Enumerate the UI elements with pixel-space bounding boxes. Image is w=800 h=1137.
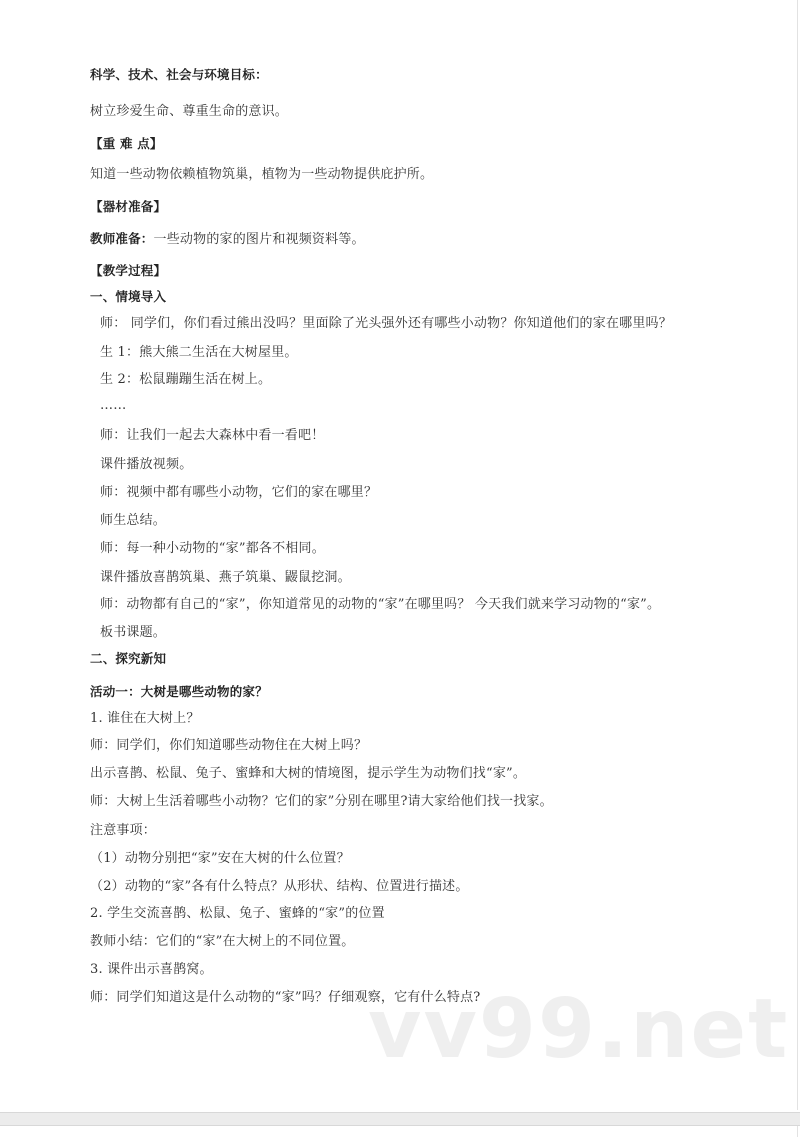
paragraph-line: 课件播放视频。 [100,457,192,473]
line-text: 板书课题。 [100,625,166,640]
next-document-page [0,1126,798,1137]
line-text: 1. 谁住在大树上？ [90,711,200,726]
paragraph-line: 教师准备：一些动物的家的图片和视频资料等。 [90,231,365,248]
line-text: 师：同学们，你们知道哪些动物住在大树上吗？ [90,738,367,753]
line-text: 师：动物都有自己的“家”，你知道常见的动物的“家”在哪里吗？ 今天我们就来学习动… [100,597,660,612]
line-text: 生 2：松鼠蹦蹦生活在树上。 [100,372,271,387]
paragraph-line: 知道一些动物依赖植物筑巢，植物为一些动物提供庇护所。 [90,167,433,183]
line-text: 师生总结。 [100,513,166,528]
line-text: 3. 课件出示喜鹊窝。 [90,962,213,977]
line-text: 课件播放喜鹊筑巢、燕子筑巢、鼹鼠挖洞。 [100,570,351,585]
section-heading: 活动一：大树是哪些动物的家？ [90,684,268,700]
line-text: 教师小结：它们的“家”在大树上的不同位置。 [90,934,355,949]
paragraph-line: 板书课题。 [100,625,166,641]
paragraph-line: 师：视频中都有哪些小动物，它们的家在哪里？ [100,485,377,501]
line-text: 注意事项： [90,823,156,838]
line-text: …… [100,398,126,413]
paragraph-line: 3. 课件出示喜鹊窝。 [90,962,213,978]
paragraph-line: 1. 谁住在大树上？ [90,711,200,727]
line-text: 一、情境导入 [90,289,166,304]
paragraph-line: 师：每一种小动物的“家”都各不相同。 [100,541,325,557]
paragraph-line: 师：同学们，你们知道哪些动物住在大树上吗？ [90,738,367,754]
section-heading: 一、情境导入 [90,289,166,305]
line-text: 师： 同学们，你们看过熊出没吗？里面除了光头强外还有哪些小动物？你知道他们的家在… [100,316,672,331]
line-text: 出示喜鹊、松鼠、兔子、蜜蜂和大树的情境图，提示学生为动物们找“家”。 [90,766,526,781]
paragraph-line: （1）动物分别把“家”安在大树的什么位置？ [90,851,350,867]
section-heading: 【教学过程】 [90,263,166,279]
line-text: 二、探究新知 [90,651,166,666]
watermark: vv99.net [368,985,789,1075]
line-text: 师：视频中都有哪些小动物，它们的家在哪里？ [100,485,377,500]
line-text: 【教学过程】 [90,263,166,278]
section-heading: 科学、技术、社会与环境目标： [90,67,268,83]
line-text: 科学、技术、社会与环境目标： [90,67,268,82]
paragraph-line: 出示喜鹊、松鼠、兔子、蜜蜂和大树的情境图，提示学生为动物们找“家”。 [90,766,526,782]
paragraph-line: 生 1：熊大熊二生活在大树屋里。 [100,345,298,361]
line-text: （1）动物分别把“家”安在大树的什么位置？ [90,851,350,866]
paragraph-line: 师：让我们一起去大森林中看一看吧！ [100,428,324,444]
paragraph-line: 2. 学生交流喜鹊、松鼠、兔子、蜜蜂的“家”的位置 [90,906,385,922]
paragraph-line: …… [100,398,126,414]
paragraph-line: 生 2：松鼠蹦蹦生活在树上。 [100,372,271,388]
page-separator [0,1112,800,1126]
line-text: （2）动物的“家”各有什么特点？从形状、结构、位置进行描述。 [90,879,469,894]
line-text: 活动一：大树是哪些动物的家？ [90,684,268,699]
line-text: 知道一些动物依赖植物筑巢，植物为一些动物提供庇护所。 [90,167,433,182]
line-text: 2. 学生交流喜鹊、松鼠、兔子、蜜蜂的“家”的位置 [90,906,385,921]
section-heading: 【重 难 点】 [90,136,163,152]
paragraph-line: 师：动物都有自己的“家”，你知道常见的动物的“家”在哪里吗？ 今天我们就来学习动… [100,597,660,613]
line-text: 一些动物的家的图片和视频资料等。 [154,232,365,247]
paragraph-line: 注意事项： [90,823,156,839]
line-text: 生 1：熊大熊二生活在大树屋里。 [100,345,298,360]
paragraph-line: 师生总结。 [100,513,166,529]
paragraph-line: 师： 同学们，你们看过熊出没吗？里面除了光头强外还有哪些小动物？你知道他们的家在… [100,316,672,332]
document-page: 科学、技术、社会与环境目标：树立珍爱生命、尊重生命的意识。【重 难 点】知道一些… [0,0,798,1110]
section-heading: 二、探究新知 [90,651,166,667]
paragraph-line: 教师小结：它们的“家”在大树上的不同位置。 [90,934,355,950]
line-text: 树立珍爱生命、尊重生命的意识。 [90,104,288,119]
line-text: 【重 难 点】 [90,136,163,151]
line-text: 【器材准备】 [90,199,166,214]
line-text: 课件播放视频。 [100,457,192,472]
line-text: 师：大树上生活着哪些小动物？它们的家”分别在哪里?请大家给他们找一找家。 [90,794,553,809]
line-text: 师：让我们一起去大森林中看一看吧！ [100,428,324,443]
paragraph-line: 树立珍爱生命、尊重生命的意识。 [90,104,288,120]
paragraph-line: 课件播放喜鹊筑巢、燕子筑巢、鼹鼠挖洞。 [100,570,351,586]
paragraph-line: 师：大树上生活着哪些小动物？它们的家”分别在哪里?请大家给他们找一找家。 [90,794,553,810]
inline-label: 教师准备： [90,231,154,246]
line-text: 师：每一种小动物的“家”都各不相同。 [100,541,325,556]
section-heading: 【器材准备】 [90,199,166,215]
paragraph-line: （2）动物的“家”各有什么特点？从形状、结构、位置进行描述。 [90,879,469,895]
